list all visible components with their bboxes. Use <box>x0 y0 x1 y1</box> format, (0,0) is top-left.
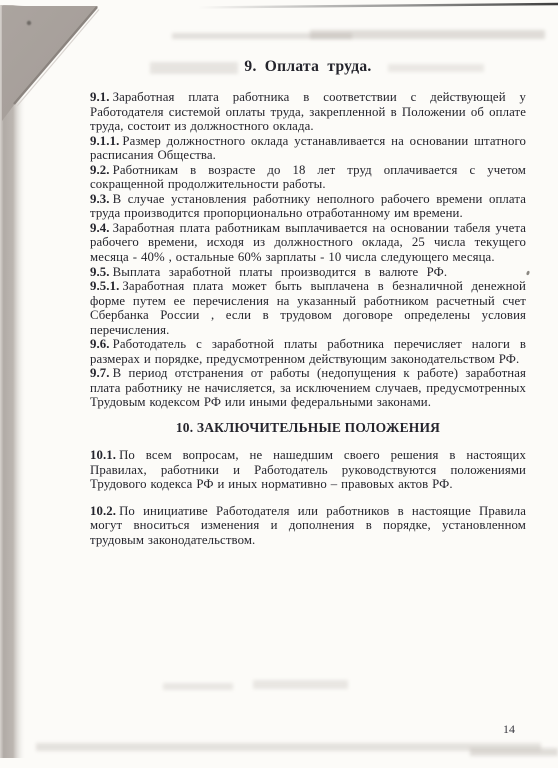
clause-number: 9.7. <box>90 366 110 380</box>
fold-edge-line <box>14 7 97 104</box>
clause-number: 9.1. <box>90 90 110 104</box>
clause-text: В случае установления работнику неполног… <box>90 192 526 221</box>
clause-number: 9.4. <box>90 221 110 235</box>
ink-speck <box>526 270 530 275</box>
page-number: 14 <box>503 722 515 737</box>
paragraph-9-7: 9.7.В период отстранения от работы (недо… <box>90 366 526 410</box>
paragraph-9-1: 9.1.Заработная плата работника в соответ… <box>90 90 526 134</box>
clause-text: Работодатель с заработной платы работник… <box>90 337 526 366</box>
clause-text: По всем вопросам, не нашедшим своего реш… <box>90 448 526 491</box>
clause-text: Заработная плата может быть выплачена в … <box>90 279 526 337</box>
clause-number: 10.2. <box>90 504 116 518</box>
clause-text: Заработная плата работника в соответстви… <box>90 90 526 133</box>
scanned-document-page: 9. Оплата труда. 9.1.Заработная плата ра… <box>0 0 558 768</box>
document-title: 9. Оплата труда. <box>90 58 526 76</box>
clause-number: 9.2. <box>90 163 110 177</box>
fold-highlight-line <box>17 10 99 107</box>
clause-number: 10.1. <box>90 448 116 462</box>
corner-speck <box>27 21 31 25</box>
folded-corner <box>2 6 98 121</box>
clause-number: 9.5. <box>90 265 110 279</box>
document-body: 9. Оплата труда. 9.1.Заработная плата ра… <box>90 58 526 547</box>
paragraph-9-5-1: 9.5.1.Заработная плата может быть выплач… <box>90 279 526 337</box>
paragraph-9-4: 9.4.Заработная плата работникам выплачив… <box>90 221 526 265</box>
page-edge-line <box>198 4 558 8</box>
section-10-heading: 10. ЗАКЛЮЧИТЕЛЬНЫЕ ПОЛОЖЕНИЯ <box>90 420 526 436</box>
paragraph-9-5: 9.5.Выплата заработной платы производитс… <box>90 265 526 280</box>
paragraph-9-3: 9.3.В случае установления работнику непо… <box>90 192 526 221</box>
spine-shadow <box>0 5 26 758</box>
clause-number: 9.6. <box>90 337 110 351</box>
paragraph-9-2: 9.2.Работникам в возрасте до 18 лет труд… <box>90 163 526 192</box>
clause-number: 9.3. <box>90 192 110 206</box>
clause-number: 9.5.1. <box>90 279 119 293</box>
clause-text: Размер должностного оклада устанавливает… <box>90 134 526 163</box>
paragraph-9-1-1: 9.1.1.Размер должностного оклада устанав… <box>90 134 526 163</box>
paragraph-10-2: 10.2.По инициативе Работодателя или рабо… <box>90 504 526 548</box>
paragraph-9-6: 9.6.Работодатель с заработной платы рабо… <box>90 337 526 366</box>
clause-text: Заработная плата работникам выплачиваетс… <box>90 221 526 264</box>
clause-text: По инициативе Работодателя или работнико… <box>90 504 526 547</box>
clause-number: 9.1.1. <box>90 134 119 148</box>
paragraph-10-1: 10.1.По всем вопросам, не нашедшим своег… <box>90 448 526 492</box>
clause-text: В период отстранения от работы (недопуще… <box>90 366 526 409</box>
clause-text: Работникам в возрасте до 18 лет труд опл… <box>90 163 526 192</box>
clause-text: Выплата заработной платы производится в … <box>113 265 448 279</box>
